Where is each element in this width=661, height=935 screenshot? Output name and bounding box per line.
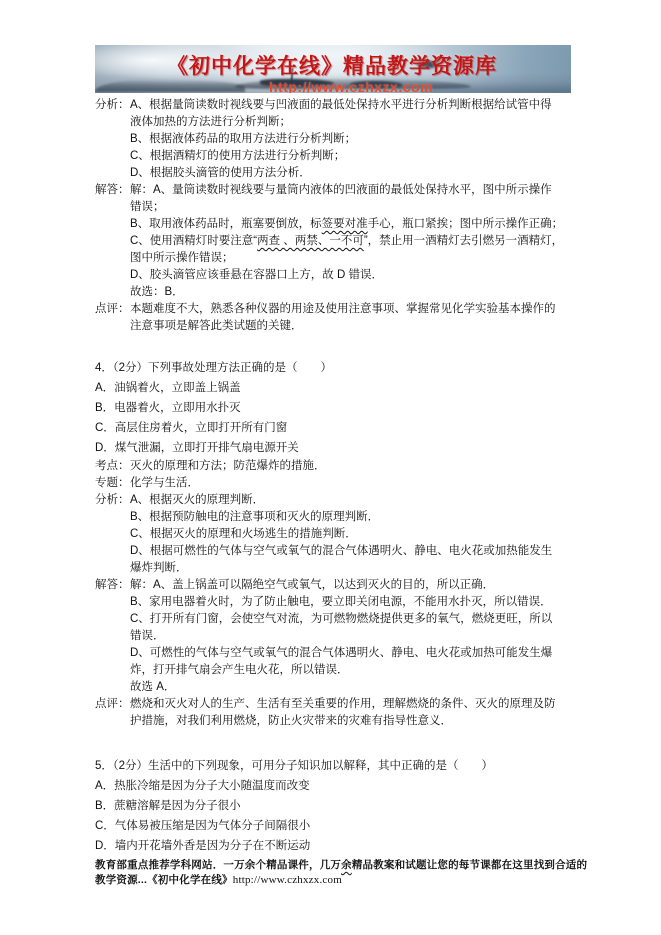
question-4-option-a: A．油锅着火，立即盖上锅盖 <box>95 378 571 398</box>
text-line: 解：A、量筒读数时视线要与量筒内液体的凹液面的最低处保持水平，图中所示操作 <box>130 182 571 199</box>
q3-comment-block: 点评： 本题难度不大，熟悉各种仪器的用途及使用注意事项、掌握常见化学实验基本操作… <box>95 301 571 335</box>
topic-label: 专题： <box>95 475 130 492</box>
q3-answer-content: 解：A、量筒读数时视线要与量筒内液体的凹液面的最低处保持水平，图中所示操作 错误… <box>130 182 571 301</box>
text-line: 本题难度不大，熟悉各种仪器的用途及使用注意事项、掌握常见化学实验基本操作的 <box>130 301 571 318</box>
comment-label: 点评： <box>95 301 130 318</box>
text-line: D、可燃性的气体与空气或氧气的混合气体遇明火、静电、电火花或加热可能发生爆 <box>130 645 571 662</box>
spacer <box>95 730 571 756</box>
text-line: B、根据预防触电的注意事项和灭火的原理判断． <box>130 509 571 526</box>
question-4-option-b: B．电器着火，立即用水扑灭 <box>95 398 571 418</box>
text-line: C、根据酒精灯的使用方法进行分析判断； <box>130 148 571 165</box>
text-line: 图中所示操作错误； <box>130 250 571 267</box>
exam-point-label: 考点： <box>95 458 130 475</box>
q4-analysis-block: 分析： A、根据灭火的原理判断． B、根据预防触电的注意事项和灭火的原理判断． … <box>95 492 571 577</box>
q3-analysis-block: 分析： A、根据量筒读数时视线要与凹液面的最低处保持水平进行分析判断根据给试管中… <box>95 97 571 182</box>
text-line: 爆炸判断． <box>130 560 571 577</box>
answer-label: 解答： <box>95 182 130 199</box>
q3-analysis-content: A、根据量筒读数时视线要与凹液面的最低处保持水平进行分析判断根据给试管中得 液体… <box>130 97 571 182</box>
question-4-option-d: D．煤气泄漏，立即打开排气扇电源开关 <box>95 438 571 458</box>
question-5-stem: 5．（2分）生活中的下列现象，可用分子知识加以解释，其中正确的是（ ） <box>95 756 571 776</box>
text-line: D、胶头滴管应该垂悬在容器口上方，故 D 错误． <box>130 267 571 284</box>
q4-answer-content: 解：A、盖上锅盖可以隔绝空气或氧气，以达到灭火的目的，所以正确． B、家用电器着… <box>130 577 571 696</box>
banner-site-url: http://www.czhxzx.com <box>269 79 433 93</box>
text-line: A、根据灭火的原理判断． <box>130 492 571 509</box>
text-line: B、取用液体药品时，瓶塞要倒放，标签要对准手心，瓶口紧挨；图中所示操作正确； <box>130 216 571 233</box>
text-line: 解：A、盖上锅盖可以隔绝空气或氧气，以达到灭火的目的，所以正确． <box>130 577 571 594</box>
banner-site-title: 《初中化学在线》精品教学资源库 <box>167 50 497 80</box>
q3-answer-block: 解答： 解：A、量筒读数时视线要与量筒内液体的凹液面的最低处保持水平，图中所示操… <box>95 182 571 301</box>
answer-label: 解答： <box>95 577 130 594</box>
q4-topic-block: 专题： 化学与生活． <box>95 475 571 492</box>
document-page: 《初中化学在线》精品教学资源库 http://www.czhxzx.com 分析… <box>0 0 661 935</box>
text-line: 燃烧和灭火对人的生产、生活有至关重要的作用，理解燃烧的条件、灭火的原理及防 <box>130 696 571 713</box>
question-4-option-c: C．高层住房着火，立即打开所有门窗 <box>95 418 571 438</box>
answer-choice-line: 故选 A． <box>130 679 571 696</box>
text-line: B、根据液体药品的取用方法进行分析判断； <box>130 131 571 148</box>
text-line: 炸，打开排气扇会产生电火花，所以错误． <box>130 662 571 679</box>
text-line: 错误． <box>130 628 571 645</box>
text-line: A、根据量筒读数时视线要与凹液面的最低处保持水平进行分析判断根据给试管中得 <box>130 97 571 114</box>
text-line: 错误； <box>130 199 571 216</box>
question-4-stem: 4．（2分）下列事故处理方法正确的是（ ） <box>95 358 571 378</box>
analysis-label: 分析： <box>95 492 130 509</box>
answer-choice-line: 故选：B． <box>130 284 571 301</box>
comment-label: 点评： <box>95 696 130 713</box>
text-line: D、根据胶头滴管的使用方法分析． <box>130 165 571 182</box>
text-line: C、根据灭火的原理和火场逃生的措施判断． <box>130 526 571 543</box>
footer-site-url: http://www.czhxzx.com <box>233 874 342 886</box>
q4-comment-content: 燃烧和灭火对人的生产、生活有至关重要的作用，理解燃烧的条件、灭火的原理及防 护措… <box>130 696 571 730</box>
footer-promo-line2: 教学资源...《初中化学在线》http://www.czhxzx.com <box>95 873 571 888</box>
footer-promo-line1: 教育部重点推荐学科网站．一万余个精品课件，几万余精品教案和试题让您的每节课都在这… <box>95 858 571 873</box>
text-line: 注意事项是解答此类试题的关键． <box>130 318 571 335</box>
text-line: B、家用电器着火时，为了防止触电，要立即关闭电源，不能用水扑灭，所以错误． <box>130 594 571 611</box>
analysis-label: 分析： <box>95 97 130 114</box>
text-line: 液体加热的方法进行分析判断； <box>130 114 571 131</box>
topic-text: 化学与生活． <box>130 475 571 492</box>
text-line: D、根据可燃性的气体与空气或氧气的混合气体遇明火、静电、电火花或加热能发生 <box>130 543 571 560</box>
text-line: 护措施，对我们利用燃烧，防止火灾带来的灾难有指导性意义． <box>130 713 571 730</box>
q4-analysis-content: A、根据灭火的原理判断． B、根据预防触电的注意事项和灭火的原理判断． C、根据… <box>130 492 571 577</box>
question-5-option-a: A．热胀冷缩是因为分子大小随温度而改变 <box>95 776 571 796</box>
question-5-option-b: B．蔗糖溶解是因为分子很小 <box>95 796 571 816</box>
document-content: 《初中化学在线》精品教学资源库 http://www.czhxzx.com 分析… <box>95 45 571 888</box>
footer-promo-text: 教学资源...《初中化学在线》 <box>95 874 233 886</box>
text-line: C、使用酒精灯时要注意“两查 、两禁、一不可”，禁止用一酒精灯去引燃另一酒精灯， <box>130 233 571 250</box>
q4-answer-block: 解答： 解：A、盖上锅盖可以隔绝空气或氧气，以达到灭火的目的，所以正确． B、家… <box>95 577 571 696</box>
q3-comment-content: 本题难度不大，熟悉各种仪器的用途及使用注意事项、掌握常见化学实验基本操作的 注意… <box>130 301 571 335</box>
spacer <box>95 335 571 358</box>
banner-water-silhouette <box>421 82 571 93</box>
site-banner: 《初中化学在线》精品教学资源库 http://www.czhxzx.com <box>95 45 571 93</box>
exam-point-text: 灭火的原理和方法；防范爆炸的措施． <box>130 458 571 475</box>
q4-comment-block: 点评： 燃烧和灭火对人的生产、生活有至关重要的作用，理解燃烧的条件、灭火的原理及… <box>95 696 571 730</box>
question-5-option-c: C．气体易被压缩是因为气体分子间隔很小 <box>95 816 571 836</box>
banner-mountain-silhouette <box>95 79 245 92</box>
question-5-option-d: D．墙内开花墙外香是因为分子在不断运动 <box>95 836 571 856</box>
q4-exam-point-block: 考点： 灭火的原理和方法；防范爆炸的措施． <box>95 458 571 475</box>
text-line: C、打开所有门窗，会使空气对流，为可燃物燃烧提供更多的氧气，燃烧更旺，所以 <box>130 611 571 628</box>
